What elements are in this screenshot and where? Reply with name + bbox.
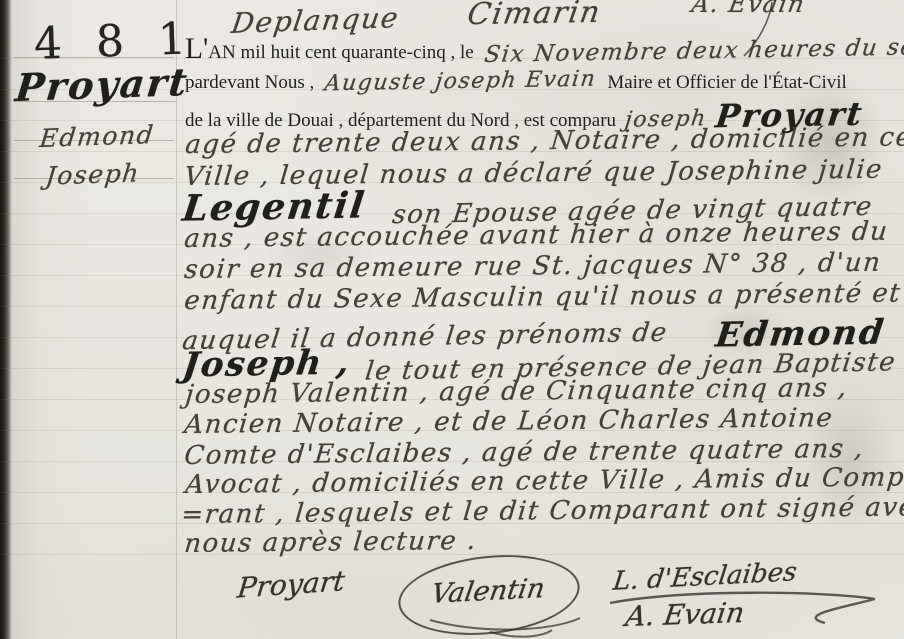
civil-register-scan: 4 8 1 Proyart Edmond Joseph Deplanque Ci…: [0, 0, 904, 639]
printed-text: Maire et Officier de l'État-Civil: [607, 72, 846, 93]
printed-text: L'AN mil huit cent quarante-cinq , le: [185, 38, 474, 64]
signature-desclaibes: L. d'Esclaibes: [611, 557, 798, 596]
printed-text: pardevant Nous ,: [185, 72, 314, 93]
margin-given-name-1: Edmond: [38, 120, 156, 153]
handwritten-line: enfant du Sexe Masculin qu'il nous a pré…: [183, 279, 903, 316]
annotation-deplanque: Deplanque: [229, 1, 401, 40]
margin-surname: Proyart: [13, 59, 191, 110]
handwritten-line: nous après lecture .: [183, 526, 478, 559]
page-binding-edge: [0, 0, 12, 639]
signature-valentin: Valentin: [429, 573, 547, 610]
signature-evain: A. Evain: [623, 596, 746, 633]
annotation-evain-signature: A. Evain: [690, 0, 808, 18]
signature-proyart: Proyart: [236, 564, 347, 604]
handwritten-officer-name: Auguste joseph Evain: [324, 67, 599, 97]
annotation-cimarin: Cimarin: [465, 0, 604, 32]
handwritten-date: Six Novembre deux heures du soir: [483, 34, 904, 68]
margin-given-name-2: Joseph: [44, 158, 141, 190]
